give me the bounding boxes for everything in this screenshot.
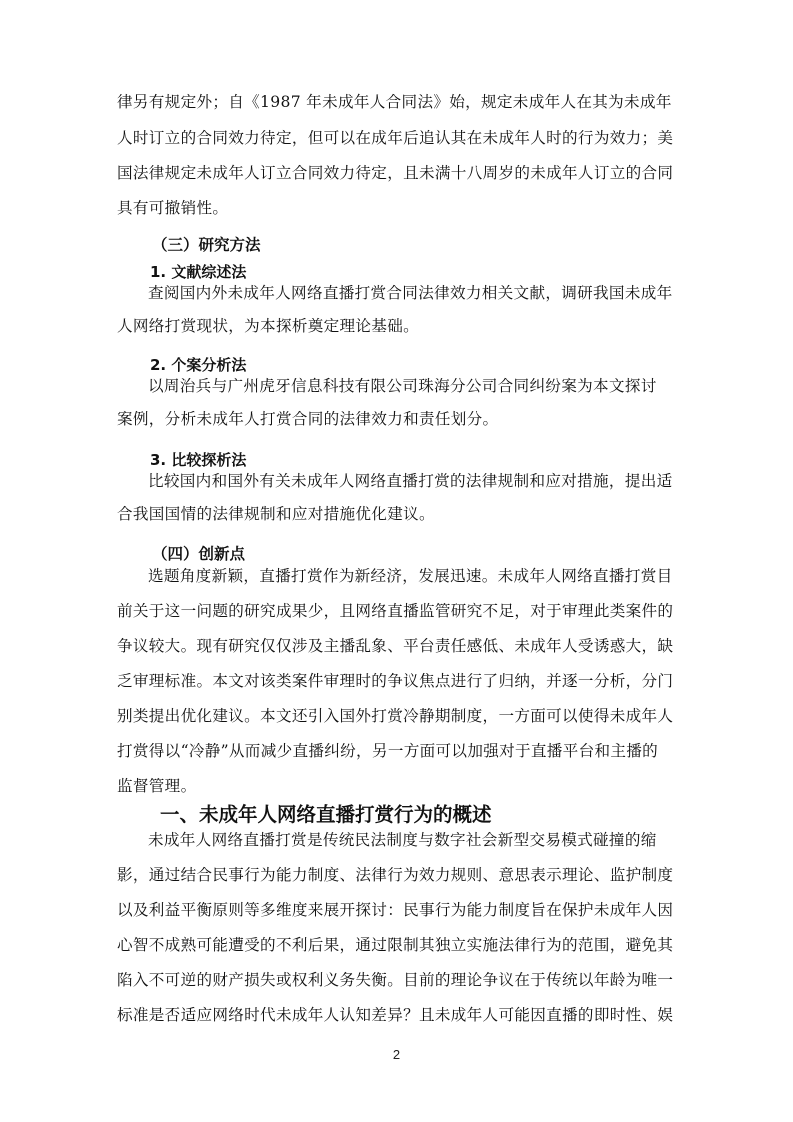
paragraph-line: 未成年人网络直播打赏是传统民法制度与数字社会新型交易模式碰撞的缩 [148, 830, 708, 850]
paragraph-line: 比较国内和国外有关未成年人网络直播打赏的法律规制和应对措施，提出适 [148, 471, 708, 491]
document-page: 律另有规定外；自《1987 年未成年人合同法》始，规定未成年人在其为未成年 人时… [0, 0, 793, 1122]
paragraph-line: 人时订立的合同效力待定，但可以在成年后追认其在未成年人时的行为效力；美 [117, 128, 677, 148]
paragraph-line: 具有可撤销性。 [117, 198, 677, 218]
paragraph-line: 律另有规定外；自《1987 年未成年人合同法》始，规定未成年人在其为未成年 [117, 92, 677, 112]
paragraph-line: 人网络打赏现状，为本探析奠定理论基础。 [117, 316, 677, 336]
section-heading-methods: （三）研究方法 [152, 235, 261, 255]
paragraph-line: 争议较大。现有研究仅仅涉及主播乱象、平台责任感低、未成年人受诱惑大，缺 [117, 636, 677, 656]
paragraph-line: 乏审理标准。本文对该类案件审理时的争议焦点进行了归纳，并逐一分析，分门 [117, 671, 677, 691]
paragraph-line: 影，通过结合民事行为能力制度、法律行为效力规则、意思表示理论、监护制度 [117, 865, 677, 885]
paragraph-line: 查阅国内外未成年人网络直播打赏合同法律效力相关文献，调研我国未成年 [148, 283, 708, 303]
chapter-heading: 一、未成年人网络直播打赏行为的概述 [160, 803, 492, 827]
paragraph-line: 陷入不可逆的财产损失或权利义务失衡。目前的理论争议在于传统以年龄为唯一 [117, 970, 677, 990]
paragraph-line: 心智不成熟可能遭受的不利后果，通过限制其独立实施法律行为的范围，避免其 [117, 935, 677, 955]
paragraph-line: 监督管理。 [117, 776, 677, 796]
paragraph-line: 选题角度新颖，直播打赏作为新经济，发展迅速。未成年人网络直播打赏目 [148, 566, 708, 586]
method-heading-comparative: 3. 比较探析法 [150, 450, 246, 470]
section-heading-innovation: （四）创新点 [152, 544, 245, 564]
method-heading-case: 2. 个案分析法 [150, 355, 246, 375]
paragraph-line: 以周治兵与广州虎牙信息科技有限公司珠海分公司合同纠纷案为本文探讨 [148, 376, 708, 396]
paragraph-line: 案例，分析未成年人打赏合同的法律效力和责任划分。 [117, 409, 677, 429]
page-number: 2 [0, 1047, 793, 1062]
paragraph-line: 打赏得以“冷静”从而减少直播纠纷，另一方面可以加强对于直播平台和主播的 [117, 741, 677, 761]
method-heading-literature: 1. 文献综述法 [150, 262, 246, 282]
paragraph-line: 国法律规定未成年人订立合同效力待定，且未满十八周岁的未成年人订立的合同 [117, 163, 677, 183]
paragraph-line: 标准是否适应网络时代未成年人认知差异？且未成年人可能因直播的即时性、娱 [117, 1005, 677, 1025]
paragraph-line: 前关于这一问题的研究成果少，且网络直播监管研究不足，对于审理此类案件的 [117, 601, 677, 621]
paragraph-line: 别类提出优化建议。本文还引入国外打赏冷静期制度，一方面可以使得未成年人 [117, 706, 677, 726]
paragraph-line: 合我国国情的法律规制和应对措施优化建议。 [117, 504, 677, 524]
paragraph-line: 以及利益平衡原则等多维度来展开探讨：民事行为能力制度旨在保护未成年人因 [117, 900, 677, 920]
